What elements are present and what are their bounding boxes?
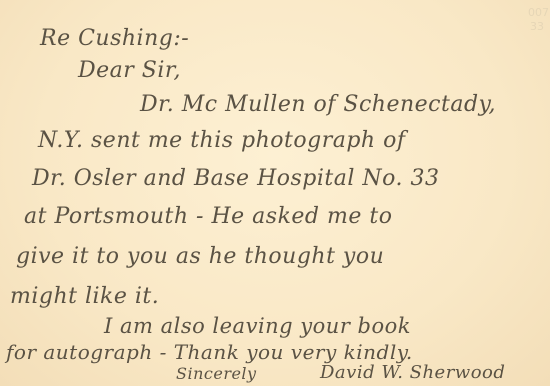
handwritten-letter: 007 33 Re Cushing:- Dear Sir, Dr. Mc Mul… — [0, 0, 550, 386]
salutation: Dear Sir, — [78, 58, 181, 83]
body-line: might like it. — [10, 284, 159, 309]
archive-mark: 007 — [528, 6, 549, 19]
archive-mark: 33 — [530, 20, 544, 33]
body-line: give it to you as he thought you — [16, 244, 384, 269]
body-line: for autograph - Thank you very kindly. — [6, 340, 413, 364]
body-line: I am also leaving your book — [104, 314, 411, 338]
body-line: Dr. Mc Mullen of Schenectady, — [140, 92, 496, 117]
closing: Sincerely — [176, 364, 257, 383]
signature: David W. Sherwood — [320, 362, 505, 383]
salutation-re: Re Cushing:- — [40, 26, 189, 51]
body-line: N.Y. sent me this photograph of — [38, 128, 405, 153]
body-line: Dr. Osler and Base Hospital No. 33 — [32, 166, 439, 191]
body-line: at Portsmouth - He asked me to — [24, 204, 392, 229]
